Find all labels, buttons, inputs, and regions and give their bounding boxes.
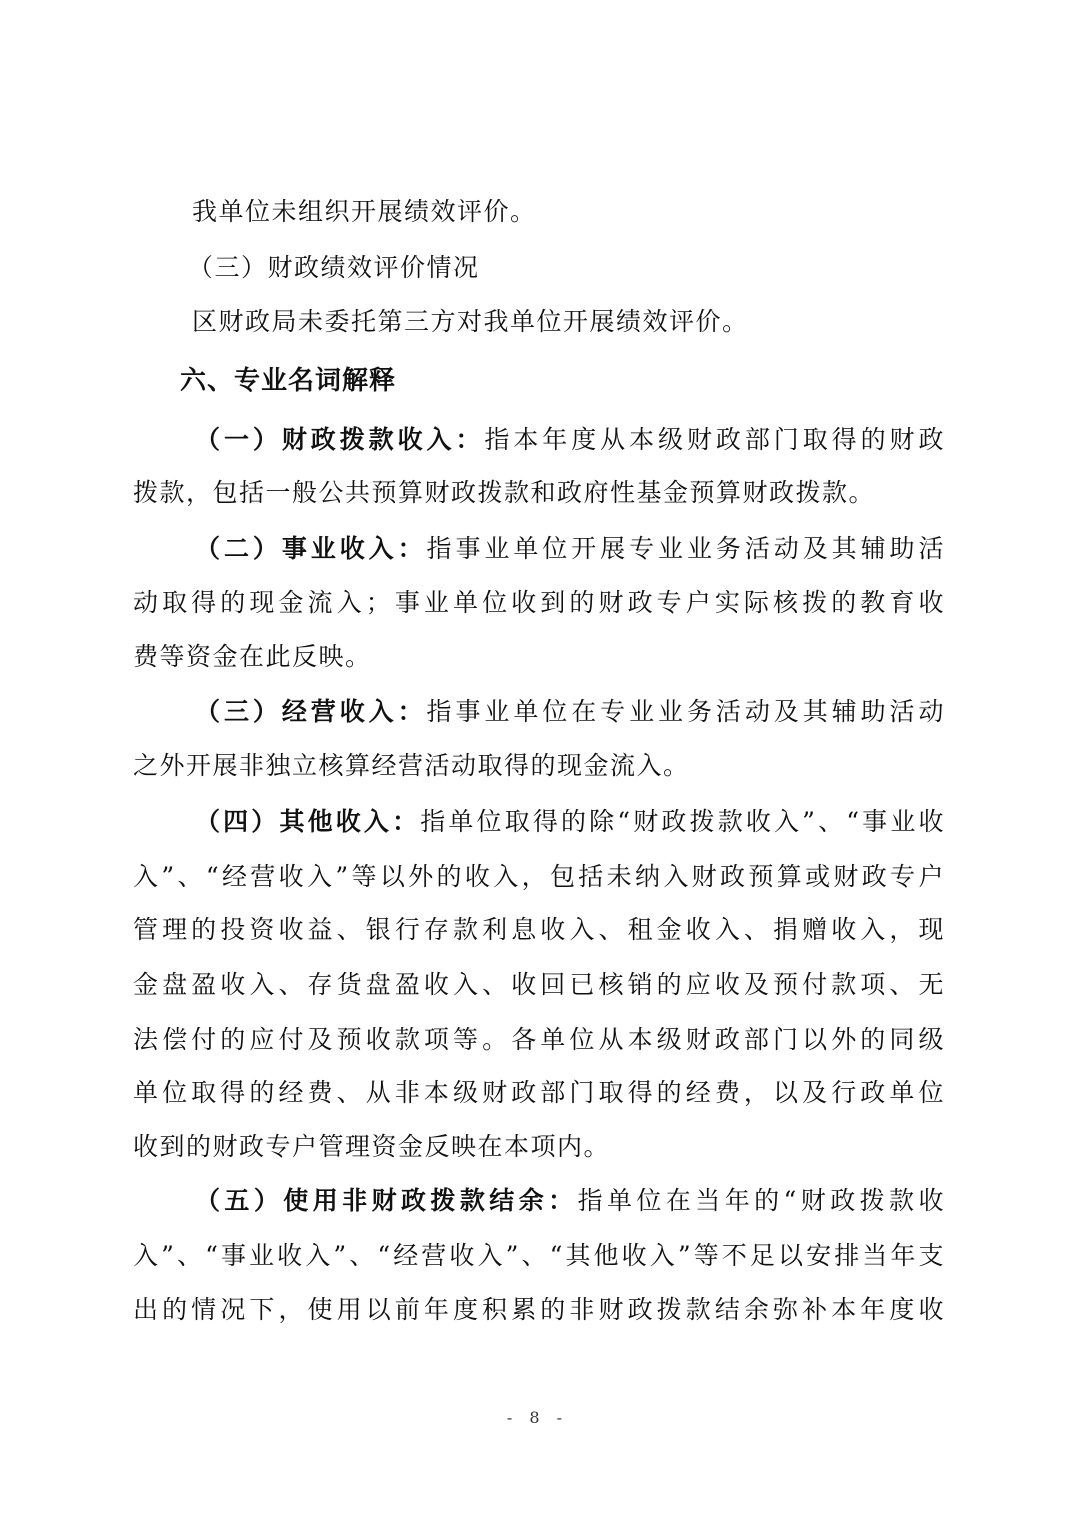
term-other-income-cont-2: 管理的投资收益、银行存款利息收入、租金收入、捐赠收入，现 (133, 915, 945, 945)
term-business-income-cont-1: 动取得的现金流入；事业单位收到的财政专户实际核拨的教育收 (133, 588, 945, 618)
document-page: 我单位未组织开展绩效评价。 （三）财政绩效评价情况 区财政局未委托第三方对我单位… (0, 0, 1075, 1520)
term-label: （五）使用非财政拨款结余： (195, 1186, 578, 1215)
term-text: 指事业单位开展专业业务活动及其辅助活 (427, 534, 945, 563)
term-business-income-cont-2: 费等资金在此反映。 (133, 642, 945, 672)
term-other-income-cont-5: 单位取得的经费、从非本级财政部门取得的经费，以及行政单位 (133, 1078, 945, 1108)
section-heading-glossary: 六、专业名词解释 (180, 366, 396, 396)
subheading-fiscal-evaluation: （三）财政绩效评价情况 (188, 253, 480, 283)
term-non-fiscal-balance-cont-1: 入”、“事业收入”、“经营收入”、“其他收入”等不足以安排当年支 (133, 1241, 945, 1271)
term-other-income-cont-6: 收到的财政专户管理资金反映在本项内。 (133, 1132, 945, 1162)
term-non-fiscal-balance-cont-2: 出的情况下，使用以前年度积累的非财政拨款结余弥补本年度收 (133, 1295, 945, 1325)
term-operating-income-cont: 之外开展非独立核算经营活动取得的现金流入。 (133, 751, 945, 781)
term-business-income: （二）事业收入：指事业单位开展专业业务活动及其辅助活 (133, 534, 945, 564)
term-fiscal-appropriation: （一）财政拨款收入：指本年度从本级财政部门取得的财政 (133, 425, 945, 455)
term-text: 指本年度从本级财政部门取得的财政 (484, 425, 945, 454)
term-other-income-cont-1: 入”、“经营收入”等以外的收入，包括未纳入财政预算或财政专户 (133, 862, 945, 892)
term-label: （二）事业收入： (195, 534, 427, 563)
paragraph-no-third-party-evaluation: 区财政局未委托第三方对我单位开展绩效评价。 (192, 307, 749, 337)
term-non-fiscal-balance: （五）使用非财政拨款结余：指单位在当年的“财政拨款收 (133, 1186, 945, 1216)
term-text: 指事业单位在专业业务活动及其辅助活动 (427, 697, 945, 726)
page-number: - 8 - (0, 1408, 1075, 1427)
term-other-income: （四）其他收入：指单位取得的除“财政拨款收入”、“事业收 (133, 807, 945, 837)
term-text: 指单位在当年的“财政拨款收 (578, 1186, 945, 1215)
term-label: （三）经营收入： (195, 697, 427, 726)
term-operating-income: （三）经营收入：指事业单位在专业业务活动及其辅助活动 (133, 697, 945, 727)
term-other-income-cont-4: 法偿付的应付及预收款项等。各单位从本级财政部门以外的同级 (133, 1025, 945, 1055)
term-label: （一）财政拨款收入： (195, 425, 484, 454)
term-fiscal-appropriation-cont: 拨款，包括一般公共预算财政拨款和政府性基金预算财政拨款。 (133, 478, 945, 508)
term-text: 指单位取得的除“财政拨款收入”、“事业收 (420, 807, 945, 836)
term-other-income-cont-3: 金盘盈收入、存货盘盈收入、收回已核销的应收及预付款项、无 (133, 970, 945, 1000)
paragraph-no-evaluation: 我单位未组织开展绩效评价。 (192, 197, 537, 227)
term-label: （四）其他收入： (195, 807, 420, 836)
